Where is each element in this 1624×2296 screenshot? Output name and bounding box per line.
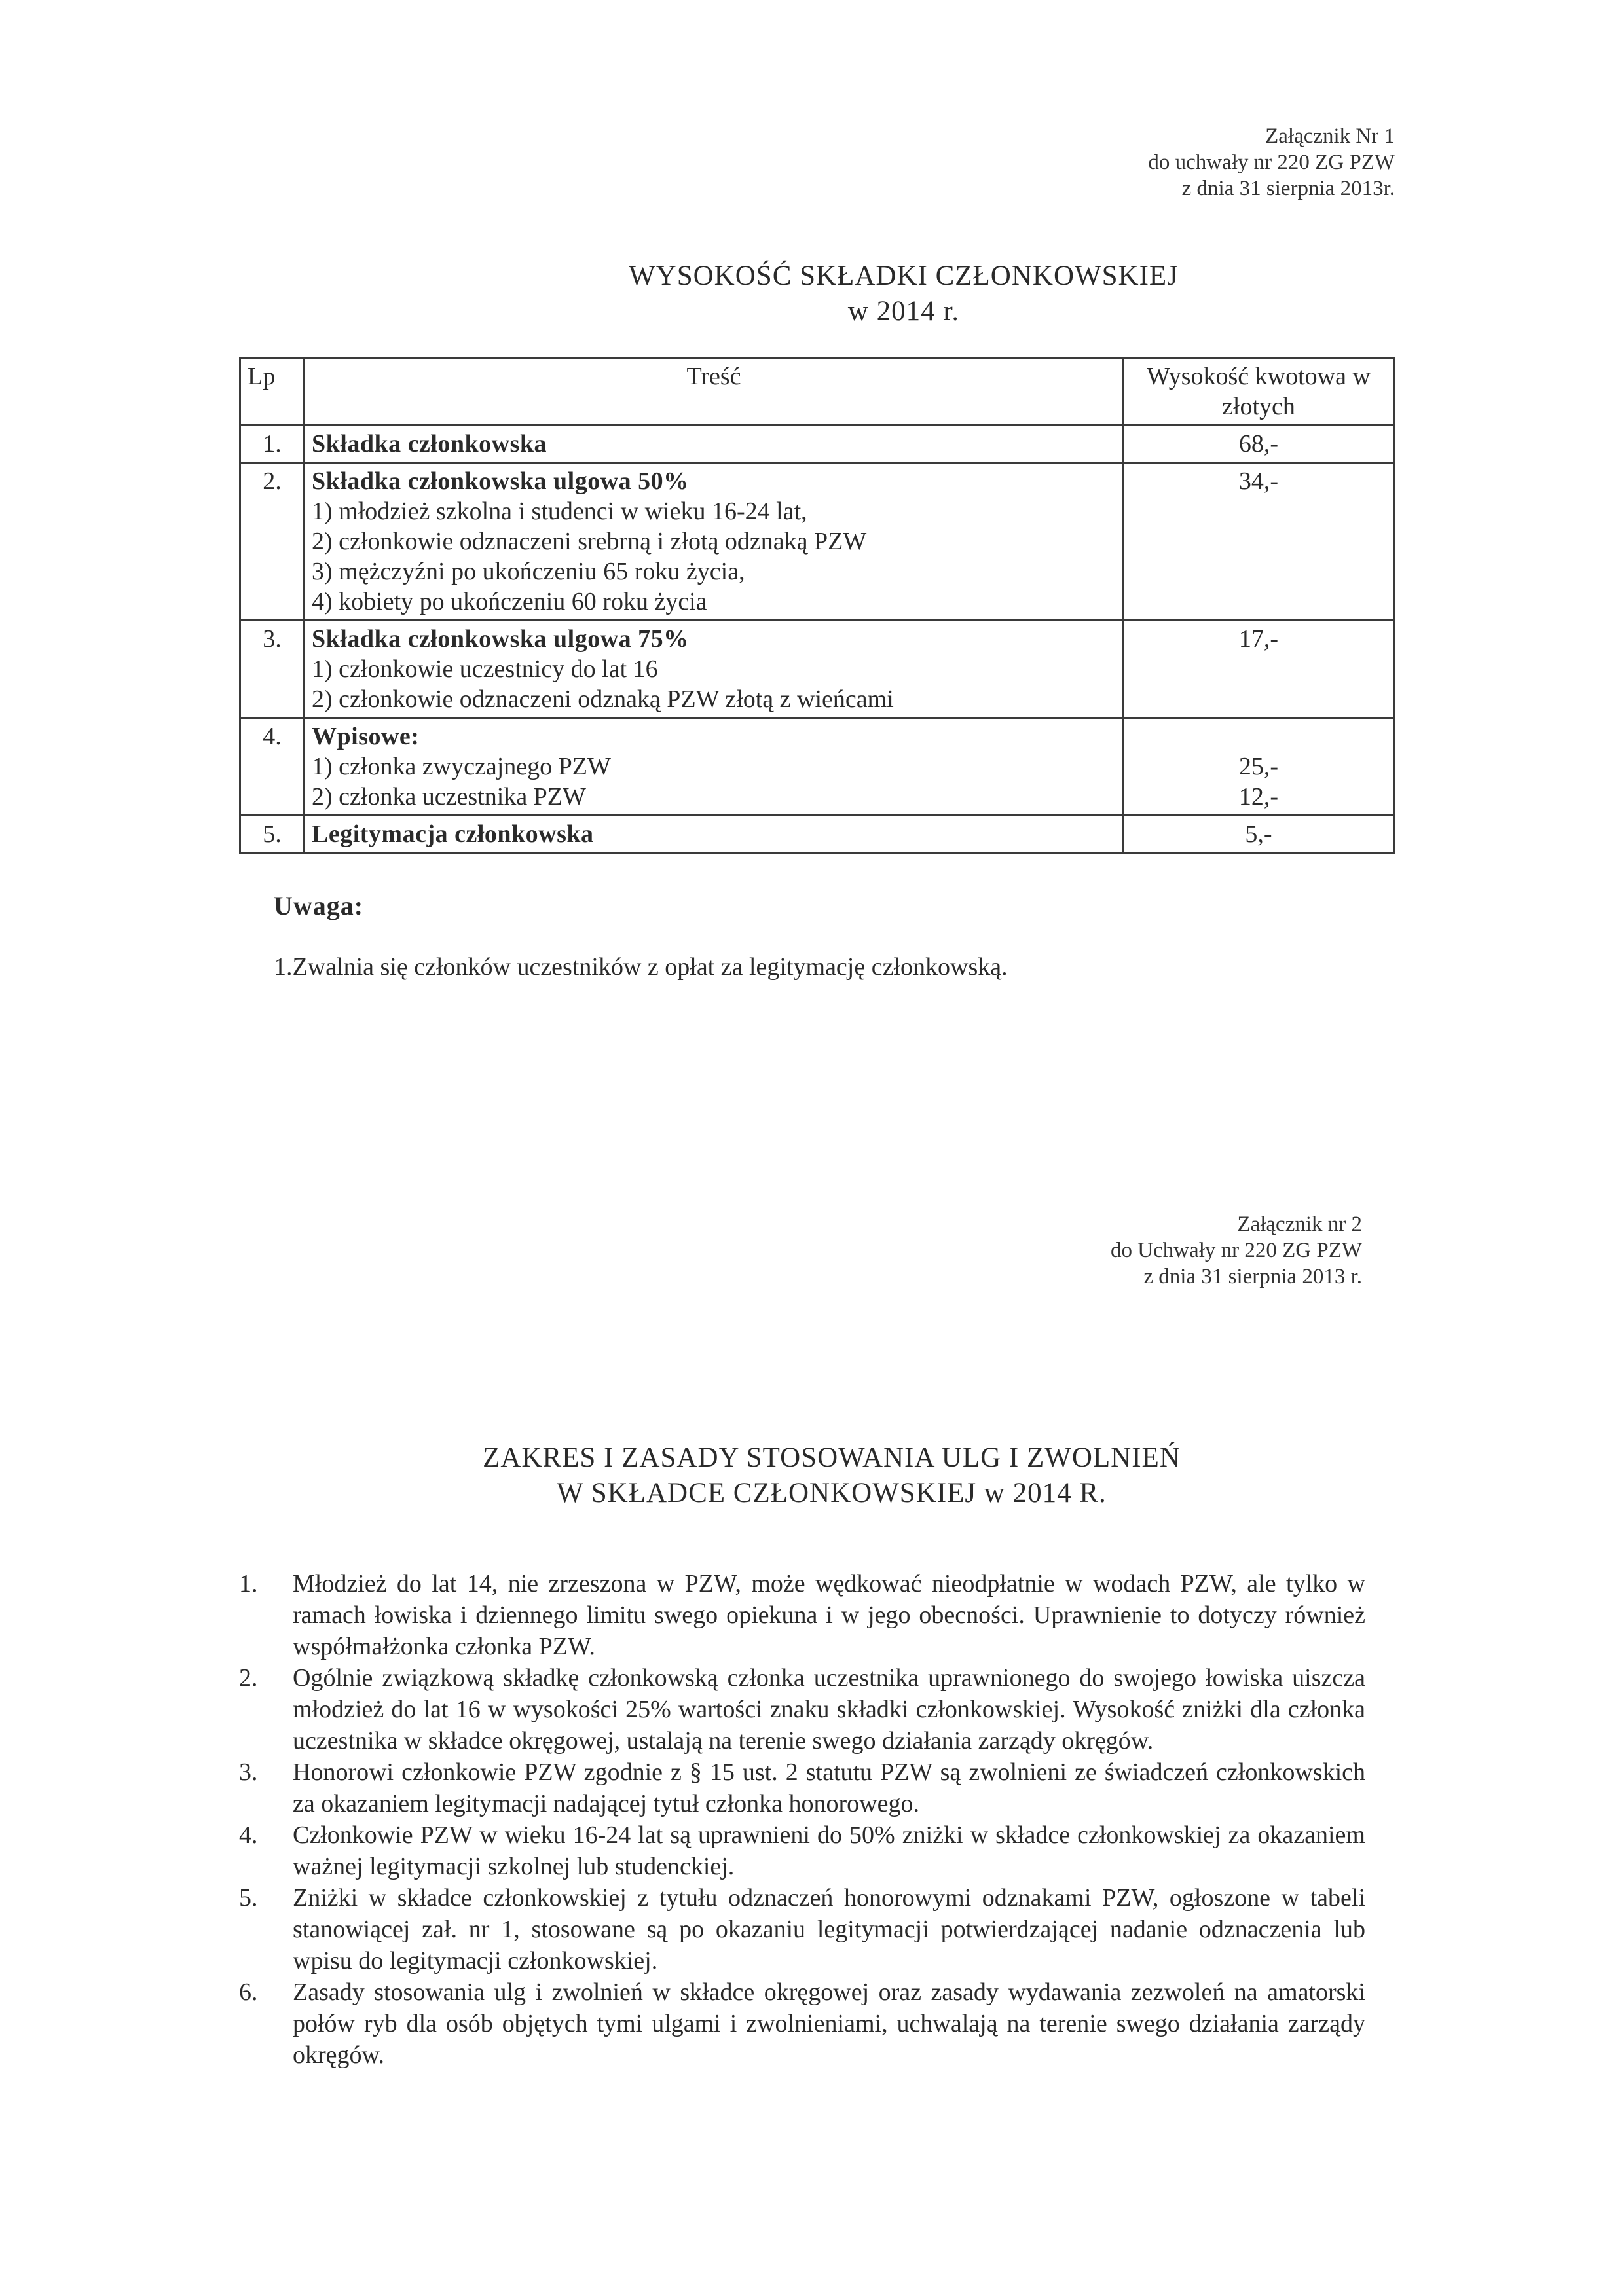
row-content: Składka członkowska (304, 426, 1124, 463)
amount-value: 17,- (1131, 624, 1386, 654)
rules-list: 1.Młodzież do lat 14, nie zrzeszona w PZ… (239, 1568, 1365, 2071)
row-number: 5. (240, 816, 304, 853)
row-amount: 17,- (1124, 621, 1394, 718)
annex-2-date: z dnia 31 sierpnia 2013 r. (1111, 1264, 1362, 1290)
row-content: Wpisowe:1) członka zwyczajnego PZW2) czł… (304, 718, 1124, 816)
amount-value: 5,- (1131, 819, 1386, 849)
rule-number: 1. (239, 1568, 258, 1599)
row-amount: 34,- (1124, 463, 1394, 621)
row-sub-item: 3) mężczyźni po ukończeniu 65 roku życia… (312, 556, 1116, 587)
row-amount: 68,- (1124, 426, 1394, 463)
amount-value: 25,- (1131, 752, 1386, 782)
fee-title-line-2: w 2014 r. (92, 294, 1624, 329)
amount-value: 34,- (1131, 466, 1386, 496)
row-title: Składka członkowska ulgowa 75% (312, 624, 1116, 654)
header-amount: Wysokość kwotowa w złotych (1124, 358, 1394, 426)
amount-value: 12,- (1131, 782, 1386, 812)
row-sub-item: 1) członkowie uczestnicy do lat 16 (312, 654, 1116, 684)
rule-number: 5. (239, 1882, 258, 1914)
row-sub-item: 2) członka uczestnika PZW (312, 782, 1116, 812)
header-content: Treść (304, 358, 1124, 426)
rule-text: Członkowie PZW w wieku 16-24 lat są upra… (293, 1821, 1365, 1880)
amount-value: 68,- (1131, 429, 1386, 459)
row-title: Składka członkowska ulgowa 50% (312, 466, 1116, 496)
row-number: 3. (240, 621, 304, 718)
annex-1-header: Załącznik Nr 1 do uchwały nr 220 ZG PZW … (1148, 123, 1395, 202)
rule-item: 6.Zasady stosowania ulg i zwolnień w skł… (239, 1977, 1365, 2071)
rule-text: Zasady stosowania ulg i zwolnień w skład… (293, 1978, 1365, 2069)
header-lp: Lp (240, 358, 304, 426)
annex-2-header: Załącznik nr 2 do Uchwały nr 220 ZG PZW … (1111, 1211, 1362, 1290)
note-label: Uwaga: (274, 890, 363, 921)
row-sub-item: 4) kobiety po ukończeniu 60 roku życia (312, 587, 1116, 617)
row-content: Składka członkowska ulgowa 75%1) członko… (304, 621, 1124, 718)
row-number: 4. (240, 718, 304, 816)
rule-text: Honorowi członkowie PZW zgodnie z § 15 u… (293, 1758, 1365, 1817)
row-title: Składka członkowska (312, 429, 1116, 459)
rule-number: 4. (239, 1819, 258, 1851)
rule-item: 2.Ogólnie związkową składkę członkowską … (239, 1662, 1365, 1757)
document-page: Załącznik Nr 1 do uchwały nr 220 ZG PZW … (0, 0, 1624, 2296)
fee-table-row: 2.Składka członkowska ulgowa 50%1) młodz… (240, 463, 1394, 621)
annex-2-resolution: do Uchwały nr 220 ZG PZW (1111, 1237, 1362, 1264)
rule-item: 4.Członkowie PZW w wieku 16-24 lat są up… (239, 1819, 1365, 1882)
row-number: 1. (240, 426, 304, 463)
fee-title-line-1: WYSOKOŚĆ SKŁADKI CZŁONKOWSKIEJ (92, 259, 1624, 294)
fee-table-header-row: Lp Treść Wysokość kwotowa w złotych (240, 358, 1394, 426)
rules-title: ZAKRES I ZASADY STOSOWANIA ULG I ZWOLNIE… (20, 1440, 1624, 1511)
row-sub-item: 2) członkowie odznaczeni srebrną i złotą… (312, 526, 1116, 556)
row-title: Wpisowe: (312, 721, 1116, 752)
rule-text: Zniżki w składce członkowskiej z tytułu … (293, 1884, 1365, 1975)
rule-item: 5.Zniżki w składce członkowskiej z tytuł… (239, 1882, 1365, 1977)
row-amount: 25,-12,- (1124, 718, 1394, 816)
annex-1-date: z dnia 31 sierpnia 2013r. (1148, 175, 1395, 202)
rule-text: Ogólnie związkową składkę członkowską cz… (293, 1664, 1365, 1755)
rules-title-line-1: ZAKRES I ZASADY STOSOWANIA ULG I ZWOLNIE… (20, 1440, 1624, 1476)
row-content: Legitymacja członkowska (304, 816, 1124, 853)
rule-number: 2. (239, 1662, 258, 1694)
row-sub-item: 2) członkowie odznaczeni odznaką PZW zło… (312, 684, 1116, 714)
fee-table-row: 3.Składka członkowska ulgowa 75%1) człon… (240, 621, 1394, 718)
annex-1-label: Załącznik Nr 1 (1148, 123, 1395, 149)
rules-title-line-2: W SKŁADCE CZŁONKOWSKIEJ w 2014 R. (20, 1476, 1624, 1511)
fee-title: WYSOKOŚĆ SKŁADKI CZŁONKOWSKIEJ w 2014 r. (92, 259, 1624, 329)
fee-table-row: 5.Legitymacja członkowska5,- (240, 816, 1394, 853)
row-sub-item: 1) członka zwyczajnego PZW (312, 752, 1116, 782)
row-title: Legitymacja członkowska (312, 819, 1116, 849)
annex-1-resolution: do uchwały nr 220 ZG PZW (1148, 149, 1395, 175)
row-number: 2. (240, 463, 304, 621)
rule-text: Młodzież do lat 14, nie zrzeszona w PZW,… (293, 1570, 1365, 1660)
rule-number: 6. (239, 1977, 258, 2008)
rule-item: 1.Młodzież do lat 14, nie zrzeszona w PZ… (239, 1568, 1365, 1662)
rule-number: 3. (239, 1757, 258, 1788)
fee-table-body: 1.Składka członkowska68,-2.Składka człon… (240, 426, 1394, 853)
row-content: Składka członkowska ulgowa 50%1) młodzie… (304, 463, 1124, 621)
fee-table-row: 1.Składka członkowska68,- (240, 426, 1394, 463)
annex-2-label: Załącznik nr 2 (1111, 1211, 1362, 1237)
fee-table-row: 4.Wpisowe:1) członka zwyczajnego PZW2) c… (240, 718, 1394, 816)
row-sub-item: 1) młodzież szkolna i studenci w wieku 1… (312, 496, 1116, 526)
note-text: 1.Zwalnia się członków uczestników z opł… (274, 953, 1008, 981)
row-amount: 5,- (1124, 816, 1394, 853)
fee-table: Lp Treść Wysokość kwotowa w złotych 1.Sk… (239, 357, 1395, 854)
rule-item: 3.Honorowi członkowie PZW zgodnie z § 15… (239, 1757, 1365, 1819)
